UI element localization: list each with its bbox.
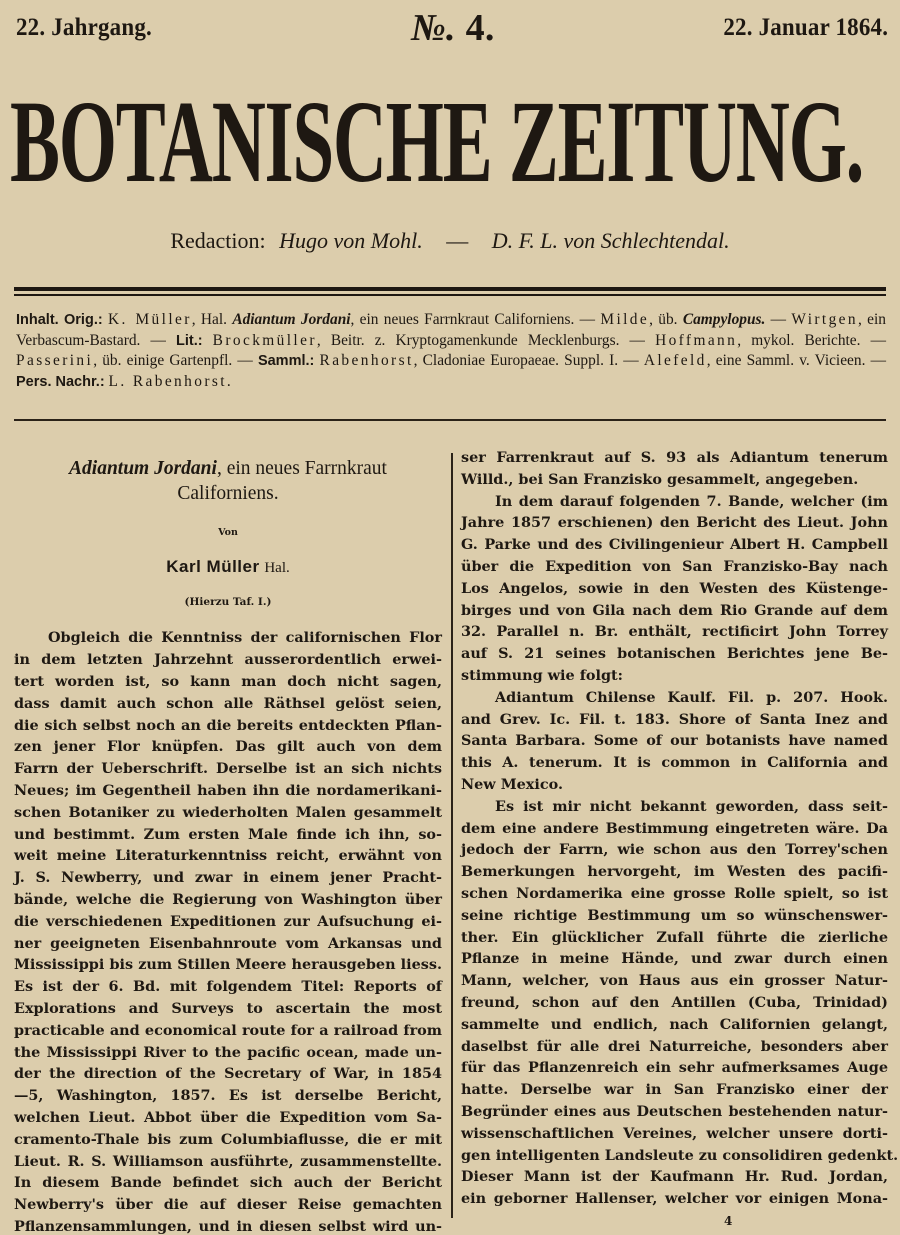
text-line: dass damit auch schon alle Räthsel gelös… [14, 693, 442, 715]
text-line: zen jener Flor knüpfen. Das gilt auch vo… [14, 736, 442, 758]
article-title: Adiantum Jordani, ein neues Farrnkraut C… [14, 456, 442, 506]
article-title-species: Adiantum Jordani [69, 458, 217, 479]
toc-text: , Cladoniae Europaeae. Suppl. I. — [414, 352, 639, 369]
text-line: Newberry's über die auf dieser Reise gem… [14, 1194, 442, 1216]
column-divider [451, 453, 453, 1218]
text-line: Obgleich die Kenntniss der californische… [14, 627, 442, 649]
page-number: 4 [724, 1214, 732, 1228]
left-column-body: Obgleich die Kenntniss der californische… [14, 627, 442, 1235]
text-line: Neues; im Gegentheil haben ihn die norda… [14, 780, 442, 802]
text-line: dem eine andere Bestimmung eingetreten w… [461, 818, 888, 840]
text-line: birges und von Gila nach dem Rio Grande … [461, 600, 888, 622]
author-name: Karl Müller [166, 557, 259, 576]
text-line: der the direction of the Secretary of Wa… [14, 1063, 442, 1085]
text-line: Willd., bei San Franzisko gesammelt, ang… [461, 469, 888, 491]
contents-label: Inhalt. [16, 312, 59, 328]
text-line: G. Parke und des Civilingenieur Albert H… [461, 534, 888, 556]
text-line: gen intelligenten Landsleute zu consolid… [461, 1145, 888, 1167]
toc-author: Wirtgen [791, 311, 858, 328]
toc-text: , üb. [649, 311, 677, 328]
toc-species: Adiantum Jordani [232, 311, 350, 328]
text-line: Begründer eines aus Deutschen bestehende… [461, 1101, 888, 1123]
number-value: 4. [466, 7, 495, 49]
text-line: die verschiedenen Expeditionen zur Aufsu… [14, 911, 442, 933]
article-title-text: , ein neues Farrnkraut [217, 458, 387, 479]
toc-author: L. Rabenhorst. [109, 373, 234, 390]
text-line: Adiantum Chilense Kaulf. Fil. p. 207. Ho… [461, 687, 888, 709]
text-line: wissenschaftlichen Vereines, welcher uns… [461, 1123, 888, 1145]
newspaper-title: BOTANISCHE ZEITUNG. [10, 92, 569, 192]
text-line: Santa Barbara. Some of our botanists hav… [461, 730, 888, 752]
text-line: Explorations and Surveys to ascertain th… [14, 998, 442, 1020]
text-line: Lieut. R. S. Williamson ausführte, zusam… [14, 1151, 442, 1173]
toc-author: K. Müller [108, 311, 192, 328]
text-line: In diesem Bande befindet sich auch der B… [14, 1172, 442, 1194]
text-line: New Mexico. [461, 774, 888, 796]
newspaper-page: 22. Jahrgang. №.4. 22. Januar 1864. BOTA… [0, 0, 900, 1235]
text-line: schen Botaniker zu wiederholten Malen ge… [14, 802, 442, 824]
toc-text: , Hal. [192, 311, 227, 328]
toc-text: , üb. einige Gartenpfl. — [93, 352, 253, 369]
toc-text: , Beitr. z. Kryptogamenkunde Mecklenburg… [317, 332, 645, 349]
toc-author: Milde [600, 311, 649, 328]
text-line: daselbst für alle drei Naturreiche, beso… [461, 1036, 888, 1058]
plate-note: (Hierzu Taf. I.) [14, 592, 442, 614]
text-line: cramento-Thale bis zum Columbiaflusse, d… [14, 1129, 442, 1151]
text-line: und bestimmt. Zum ersten Male finde ich … [14, 824, 442, 846]
text-line: tert worden ist, so kann man doch nicht … [14, 671, 442, 693]
text-line: auf S. 21 seines botanischen Berichtes j… [461, 643, 888, 665]
text-line: welchen Lieut. Abbot über die Expedition… [14, 1107, 442, 1129]
text-line: —5, Washington, 1857. Es ist derselbe Be… [14, 1085, 442, 1107]
byline-author: Karl Müller Hal. [14, 556, 442, 580]
text-line: über die Expedition von San Franzisko-Ba… [461, 556, 888, 578]
article-title-text: Californiens. [177, 483, 278, 504]
text-line: schen Nordamerika eine grosse Rolle spie… [461, 883, 888, 905]
text-line: Mississippi bis zum Stillen Meere heraus… [14, 954, 442, 976]
header-rule-thick [14, 287, 886, 291]
orig-label: Orig.: [64, 312, 103, 328]
text-line: sammelte und endlich, nach Californien g… [461, 1014, 888, 1036]
text-line: 32. Parallel n. Br. enthält, rectificirt… [461, 621, 888, 643]
byline-von: Von [14, 522, 442, 544]
text-line: J. S. Newberry, und zwar in einem jener … [14, 867, 442, 889]
editorial-line: Redaction: Hugo von Mohl. — D. F. L. von… [0, 228, 900, 254]
redaction-label: Redaction: [170, 228, 265, 253]
toc-author: Brockmüller [213, 332, 317, 349]
toc-author: Hoffmann [655, 332, 737, 349]
text-line: jedoch der Farrn, wie schon aus den Torr… [461, 839, 888, 861]
toc-text: , ein neues Farrnkraut Californiens. — [351, 311, 596, 328]
text-line: Los Angelos, sowie in den Westen des Küs… [461, 578, 888, 600]
toc-author: Passerini [16, 352, 93, 369]
text-line: ther. Ein glücklicher Zufall führte die … [461, 927, 888, 949]
editor-1: Hugo von Mohl. [279, 228, 423, 253]
right-column: ser Farrenkraut auf S. 93 als Adiantum t… [461, 447, 888, 1210]
volume-label: 22. Jahrgang. [16, 14, 152, 42]
text-line: bände, welche die Regierung von Washingt… [14, 889, 442, 911]
text-line: in dem letzten Jahrzehnt ausserordentlic… [14, 649, 442, 671]
text-line: Jahre 1857 erschienen) den Bericht des L… [461, 512, 888, 534]
number-symbol: №. [411, 7, 456, 49]
text-line: Dieser Mann ist der Kaufmann Hr. Rud. Jo… [461, 1166, 888, 1188]
author-place: Hal. [264, 560, 289, 576]
text-line: Bemerkungen hervorgeht, im Westen des pa… [461, 861, 888, 883]
text-line: Es ist der 6. Bd. mit folgendem Titel: R… [14, 976, 442, 998]
editor-2: D. F. L. von Schlechtendal. [492, 228, 730, 253]
pers-label: Pers. Nachr.: [16, 374, 105, 390]
text-line: weit meine Literaturkenntniss reicht, er… [14, 845, 442, 867]
text-line: für das Pflanzenreich ein sehr aufmerksa… [461, 1057, 888, 1079]
text-line: Pflanzensammlungen, und in diesen selbst… [14, 1216, 442, 1235]
text-line: Farrn der Ueberschrift. Derselbe ist an … [14, 758, 442, 780]
samml-label: Samml.: [258, 353, 314, 369]
contents-rule [14, 419, 886, 421]
toc-author: Alefeld [644, 352, 707, 369]
text-line: Es ist mir nicht bekannt geworden, dass … [461, 796, 888, 818]
masthead-top-row: 22. Jahrgang. №.4. 22. Januar 1864. [16, 14, 888, 54]
text-line: hatte. Derselbe war in San Franzisko ein… [461, 1079, 888, 1101]
header-rule-thin [14, 294, 886, 296]
toc-text: , eine Samml. v. Vicieen. — [707, 352, 886, 369]
toc-text: , mykol. Berichte. — [737, 332, 886, 349]
left-column: Adiantum Jordani, ein neues Farrnkraut C… [14, 452, 442, 1235]
text-line: and Grev. Ic. Fil. t. 183. Shore of Sant… [461, 709, 888, 731]
text-line: the Mississippi River to the pacific oce… [14, 1042, 442, 1064]
text-line: freund, schon auf den Antillen (Cuba, Tr… [461, 992, 888, 1014]
text-line: ein geborner Hallenser, welcher vor eini… [461, 1188, 888, 1210]
lit-label: Lit.: [176, 333, 203, 349]
table-of-contents: Inhalt. Orig.: K. Müller, Hal. Adiantum … [16, 310, 886, 392]
text-line: ner geeigneten Eisenbahnroute vom Arkans… [14, 933, 442, 955]
issue-number: №.4. [411, 6, 495, 50]
text-line: seine richtige Bestimmung um so wünschen… [461, 905, 888, 927]
toc-author: Rabenhorst [320, 352, 414, 369]
text-line: die sich selbst noch an die bereits entd… [14, 715, 442, 737]
text-line: ser Farrenkraut auf S. 93 als Adiantum t… [461, 447, 888, 469]
text-line: this A. tenerum. It is common in Califor… [461, 752, 888, 774]
text-line: stimmung wie folgt: [461, 665, 888, 687]
issue-date: 22. Januar 1864. [723, 14, 888, 42]
editor-separator: — [446, 228, 468, 253]
text-line: Pflanze in meine Hände, und zwar durch e… [461, 948, 888, 970]
text-line: Mann, welcher, von Haus aus ein grosser … [461, 970, 888, 992]
text-line: In dem darauf folgenden 7. Bande, welche… [461, 491, 888, 513]
toc-text: — [765, 311, 786, 328]
text-line: practicable and economical route for a r… [14, 1020, 442, 1042]
toc-species: Campylopus. [683, 311, 766, 328]
